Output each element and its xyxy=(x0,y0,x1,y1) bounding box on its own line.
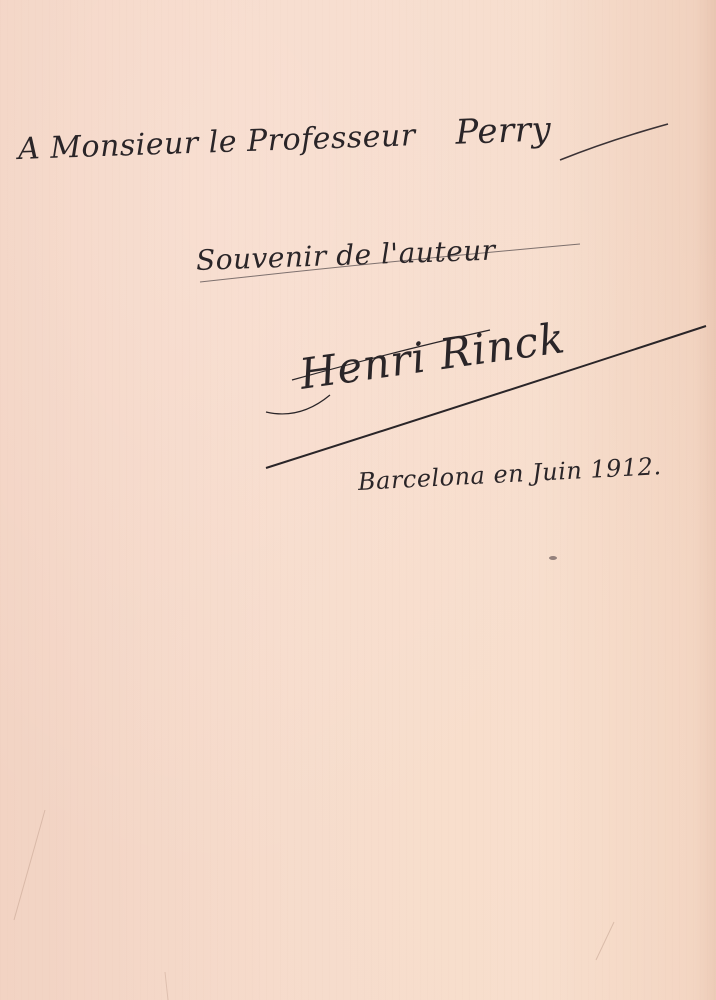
flourish-perry-icon xyxy=(560,124,668,160)
signature-loop-icon xyxy=(266,395,330,414)
author-signature: Henri Rinck xyxy=(297,313,569,399)
dedication-salutation: A Monsieur le Professeur xyxy=(17,118,416,167)
dedication-line: A Monsieur le ProfesseurPerry xyxy=(17,109,552,168)
dedication-recipient: Perry xyxy=(455,109,552,152)
paper-scratch-icon xyxy=(165,972,168,1000)
ink-spot-icon xyxy=(549,556,557,560)
souvenir-line: Souvenir de l'auteur xyxy=(195,234,496,277)
document-page: A Monsieur le ProfesseurPerry Souvenir d… xyxy=(0,0,716,1000)
paper-scratch-icon xyxy=(14,810,45,920)
paper-scratch-icon xyxy=(596,922,614,960)
place-and-date: Barcelona en Juin 1912. xyxy=(357,452,662,496)
